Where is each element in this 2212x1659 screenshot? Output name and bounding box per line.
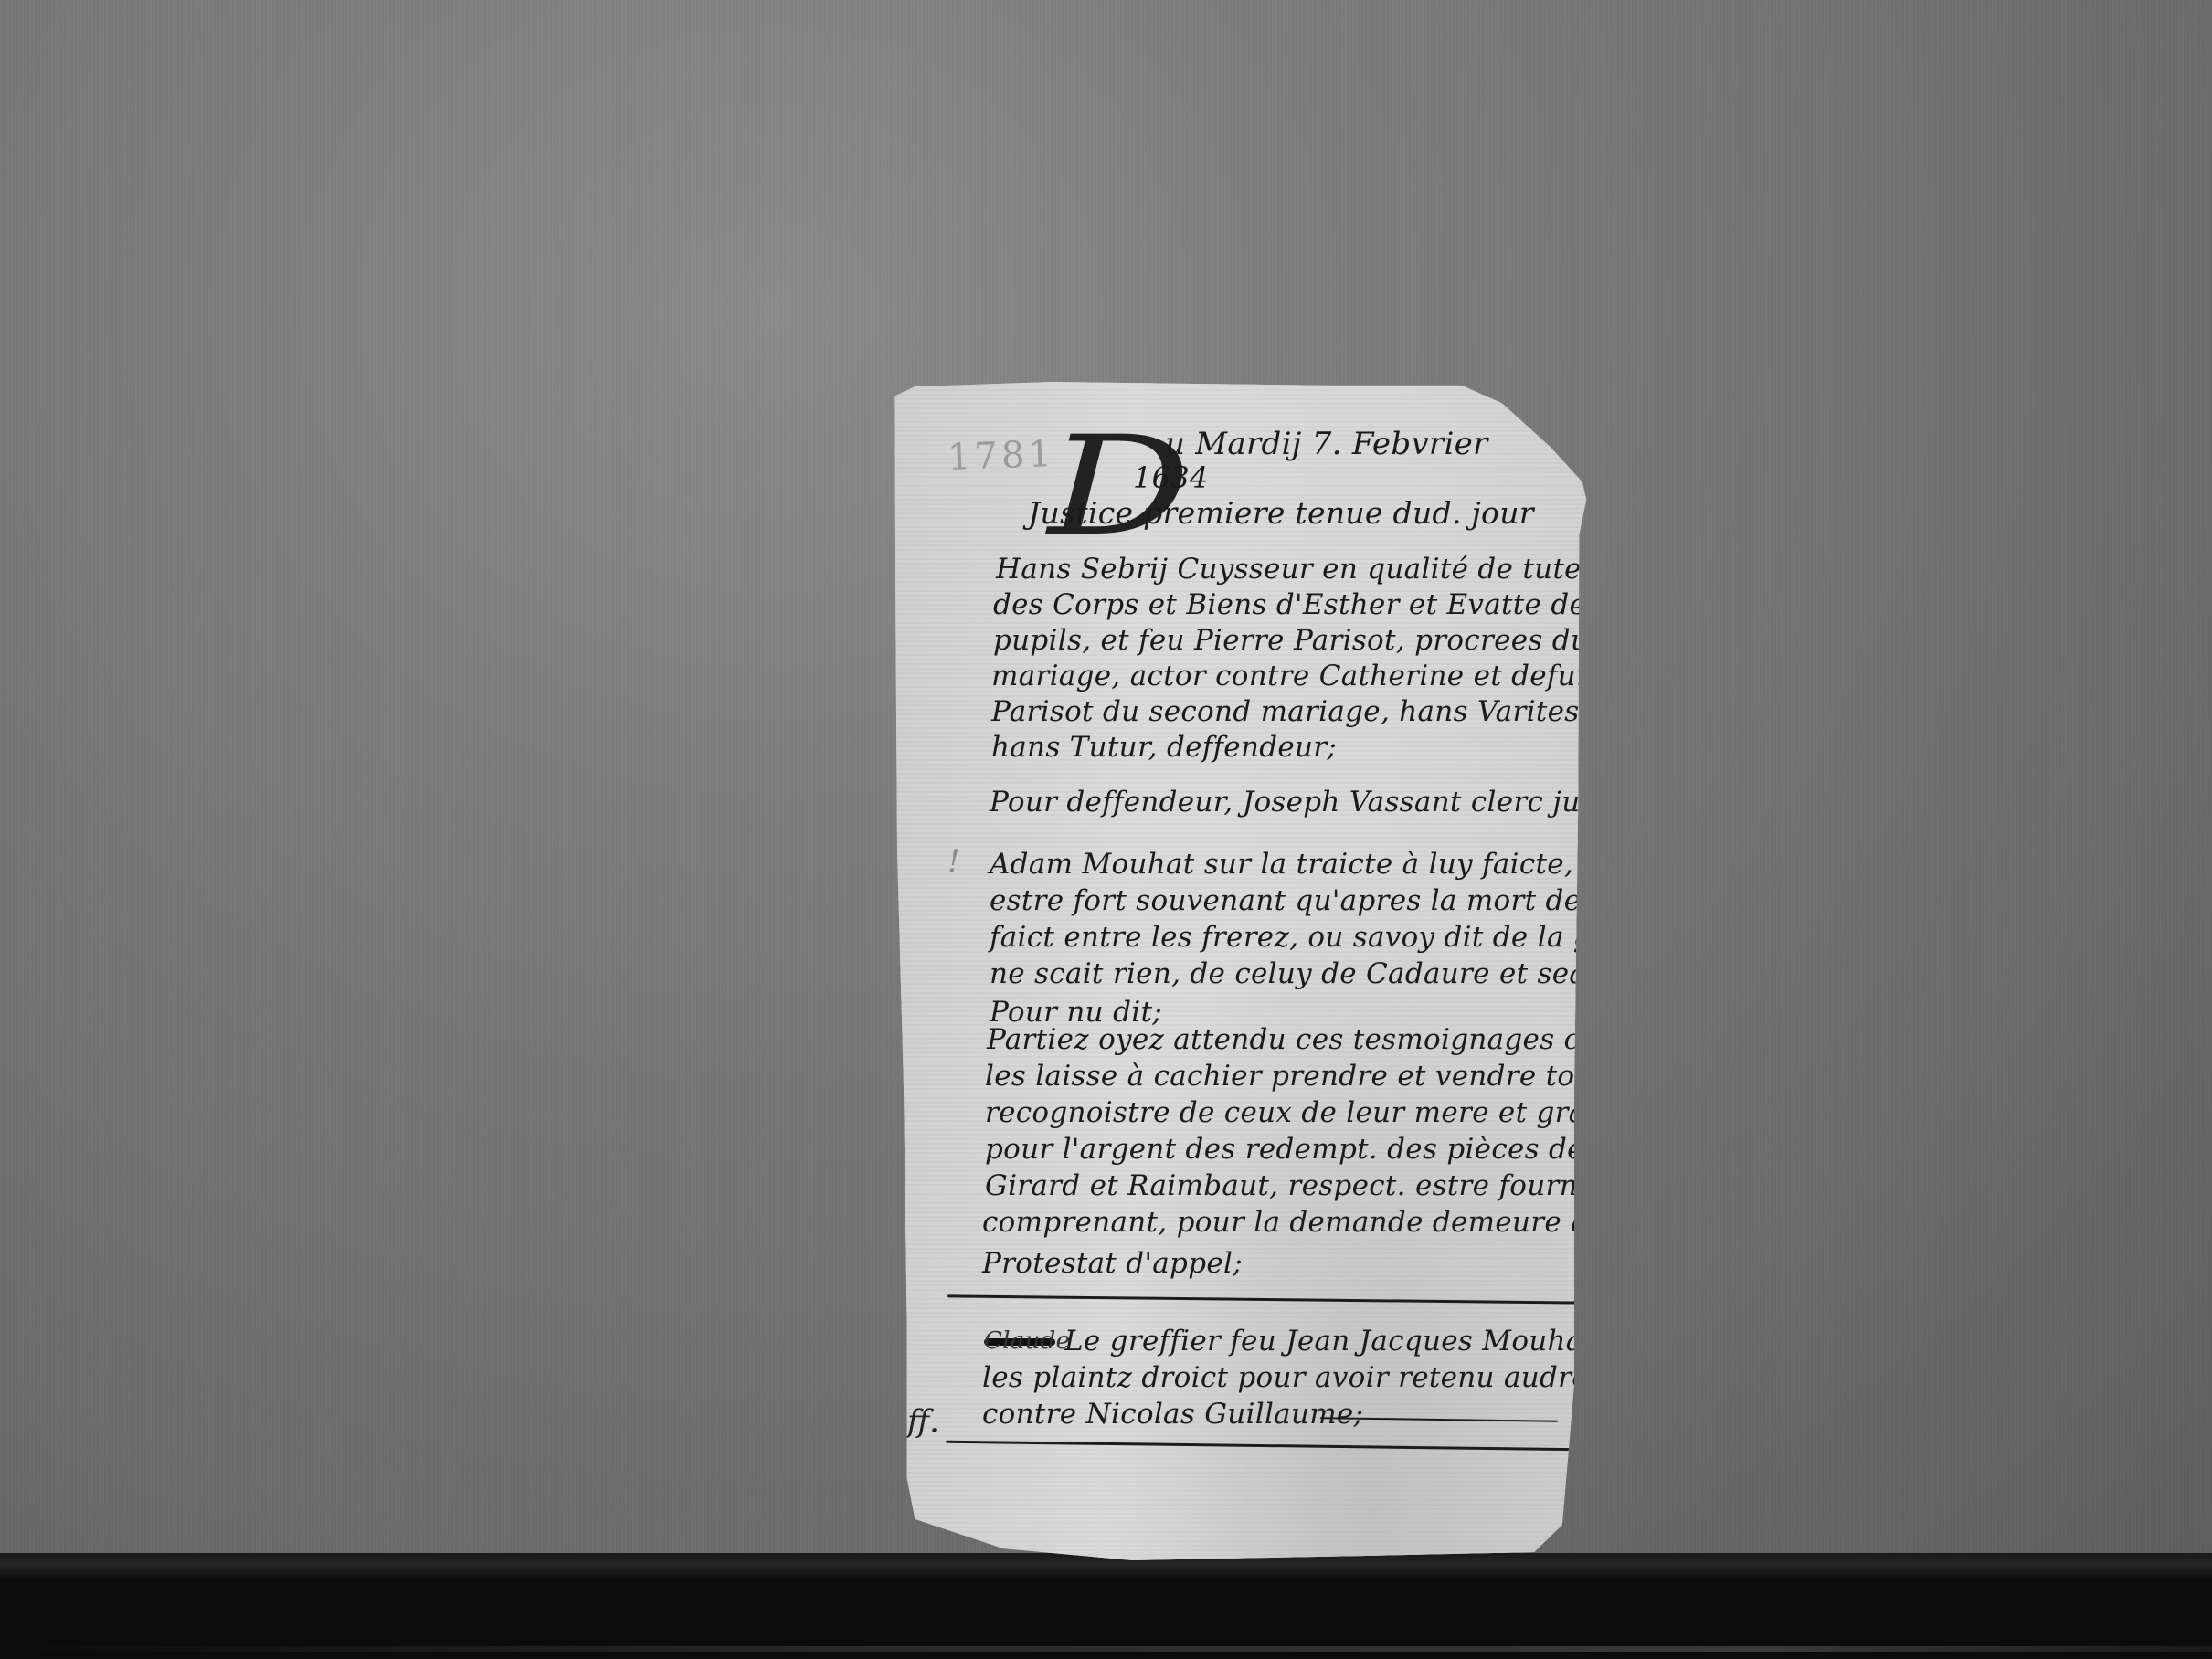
manuscript-page: 1781 D u Mardij 7. Febvrier 1634 Justice… xyxy=(891,382,1695,1560)
text-line: Adam Mouhat sur la traicte à luy faicte,… xyxy=(990,846,1665,882)
heading-date: u Mardij 7. Febvrier xyxy=(1165,426,1488,462)
text-line: hans Tutur, deffendeur; xyxy=(991,729,1337,766)
text-line: Hans Sebrij Cuysseur en qualité de tuteu… xyxy=(996,551,1614,587)
black-base-strip xyxy=(0,1553,2212,1659)
divider-rule-bottom xyxy=(946,1441,1581,1451)
folio-number-pencil: 1781 xyxy=(947,433,1055,479)
base-strip-ledge xyxy=(0,1646,2212,1652)
text-line: contre Nicolas Guillaume; xyxy=(982,1396,1363,1432)
margin-note: ff. xyxy=(907,1403,939,1440)
text-line: Protestat d'appel; xyxy=(982,1245,1243,1282)
struck-word-text: Claude xyxy=(984,1323,1070,1359)
heading-year: 1634 xyxy=(1133,460,1209,495)
text-line: Pour deffendeur, Joseph Vassant clerc ju… xyxy=(990,784,1621,820)
heading-session: Justice premiere tenue dud. jour xyxy=(1028,495,1534,531)
divider-rule xyxy=(947,1294,1587,1304)
margin-note: ! xyxy=(947,843,960,880)
